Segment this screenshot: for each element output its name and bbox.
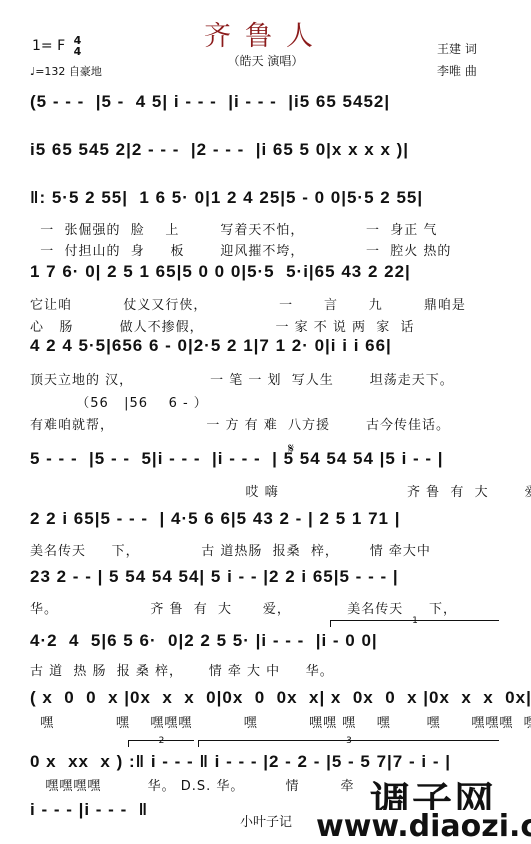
- volta-1-label: 1: [412, 616, 418, 626]
- lyric-line: 心 肠 做人不掺假， 一 家 不 说 两 家 话: [30, 316, 500, 335]
- lyric-line: 古 道 热 肠 报 桑 梓， 情 牵 大 中 华。: [30, 660, 500, 679]
- lyric-line: 一 付担山的 身 板 迎风摧不垮， 一 腔火 热的: [30, 240, 500, 259]
- watermark-url: www.diaozi.com: [316, 810, 531, 844]
- notation-row: 4 2 4 5·5|656 6 - 0|2·5 2 1|7 1 2· 0|i i…: [30, 336, 500, 356]
- notation-row: 1 7 6· 0| 2 5 1 65|5 0 0 0|5·5 5·i|65 43…: [30, 262, 500, 282]
- volta-2-bracket: 2: [128, 740, 194, 747]
- lyric-line: 嘿 嘿 嘿嘿嘿 嘿 嘿嘿 嘿 嘿 嘿 嘿嘿嘿 嘿: [30, 712, 500, 731]
- volta-3-label: 3: [346, 736, 352, 746]
- notation-row: 5 - - - |5 - - 5|i - - - |i - - - | 5 54…: [30, 449, 500, 469]
- notation-row: (5 - - - |5 - 4 5| i - - - |i - - - |i5 …: [30, 92, 500, 112]
- lyric-line: 美名传天 下， 古 道热肠 报桑 梓， 情 牵大中: [30, 540, 500, 559]
- key-signature: 1= F 4 4: [32, 35, 81, 57]
- time-sig-bottom: 4: [74, 45, 82, 58]
- lyricist: 王建 词: [437, 38, 477, 60]
- lyric-line: 哎 嗨 齐 鲁 有 大 爱，: [30, 481, 500, 500]
- notation-row: ‖: 5·5 2 55| 1 6 5· 0|1 2 4 25|5 - 0 0|5…: [30, 188, 500, 208]
- notation-row: 4·2 4 5|6 5 6· 0|2 2 5 5· |i - - - |i - …: [30, 631, 500, 651]
- volta-2-label: 2: [159, 736, 165, 746]
- lyric-line: （56 |56 6 - ）: [30, 392, 500, 411]
- tempo-marking: ♩=132 自豪地: [30, 63, 102, 79]
- notation-row: 2 2 i 65|5 - - - | 4·5 6 6|5 43 2 - | 2 …: [30, 509, 500, 529]
- lyric-line: 它让咱 仗义又行侠， 一 言 九 鼎咱是: [30, 294, 500, 313]
- lyric-line: 顶天立地的 汉， 一 笔 一 划 写人生 坦荡走天下。: [30, 369, 500, 388]
- segno-icon: 𝄋: [288, 441, 294, 457]
- time-signature: 4 4: [74, 35, 82, 57]
- transcriber-signature: 小叶子记: [240, 811, 292, 830]
- notation-row: 23 2 - - | 5 54 54 54| 5 i - - |2 2 i 65…: [30, 567, 500, 587]
- notation-row: i5 65 545 2|2 - - - |2 - - - |i 65 5 0|x…: [30, 140, 500, 160]
- watermark-url-box: www.diaozi.com: [320, 810, 531, 844]
- composer: 李唯 曲: [437, 60, 477, 82]
- notation-row: ( x 0 0 x |0x x x 0|0x 0 0x x| x 0x 0 x …: [30, 688, 500, 708]
- volta-3-bracket: 3: [198, 740, 499, 747]
- lyric-line: 一 张倔强的 脸 上 写着天不怕， 一 身正 气: [30, 219, 500, 238]
- lyric-line: 有难咱就帮， 一 方 有 难 八方援 古今传佳话。: [30, 414, 500, 433]
- key-label: 1= F: [32, 38, 65, 54]
- volta-1-bracket: 1: [330, 620, 499, 627]
- credits: 王建 词 李唯 曲: [437, 38, 477, 82]
- notation-row: 0 x xx x ) :‖ i - - - ‖ i - - - |2 - 2 -…: [30, 752, 500, 772]
- lyric-line: 华。 齐 鲁 有 大 爱， 美名传天 下，: [30, 598, 500, 617]
